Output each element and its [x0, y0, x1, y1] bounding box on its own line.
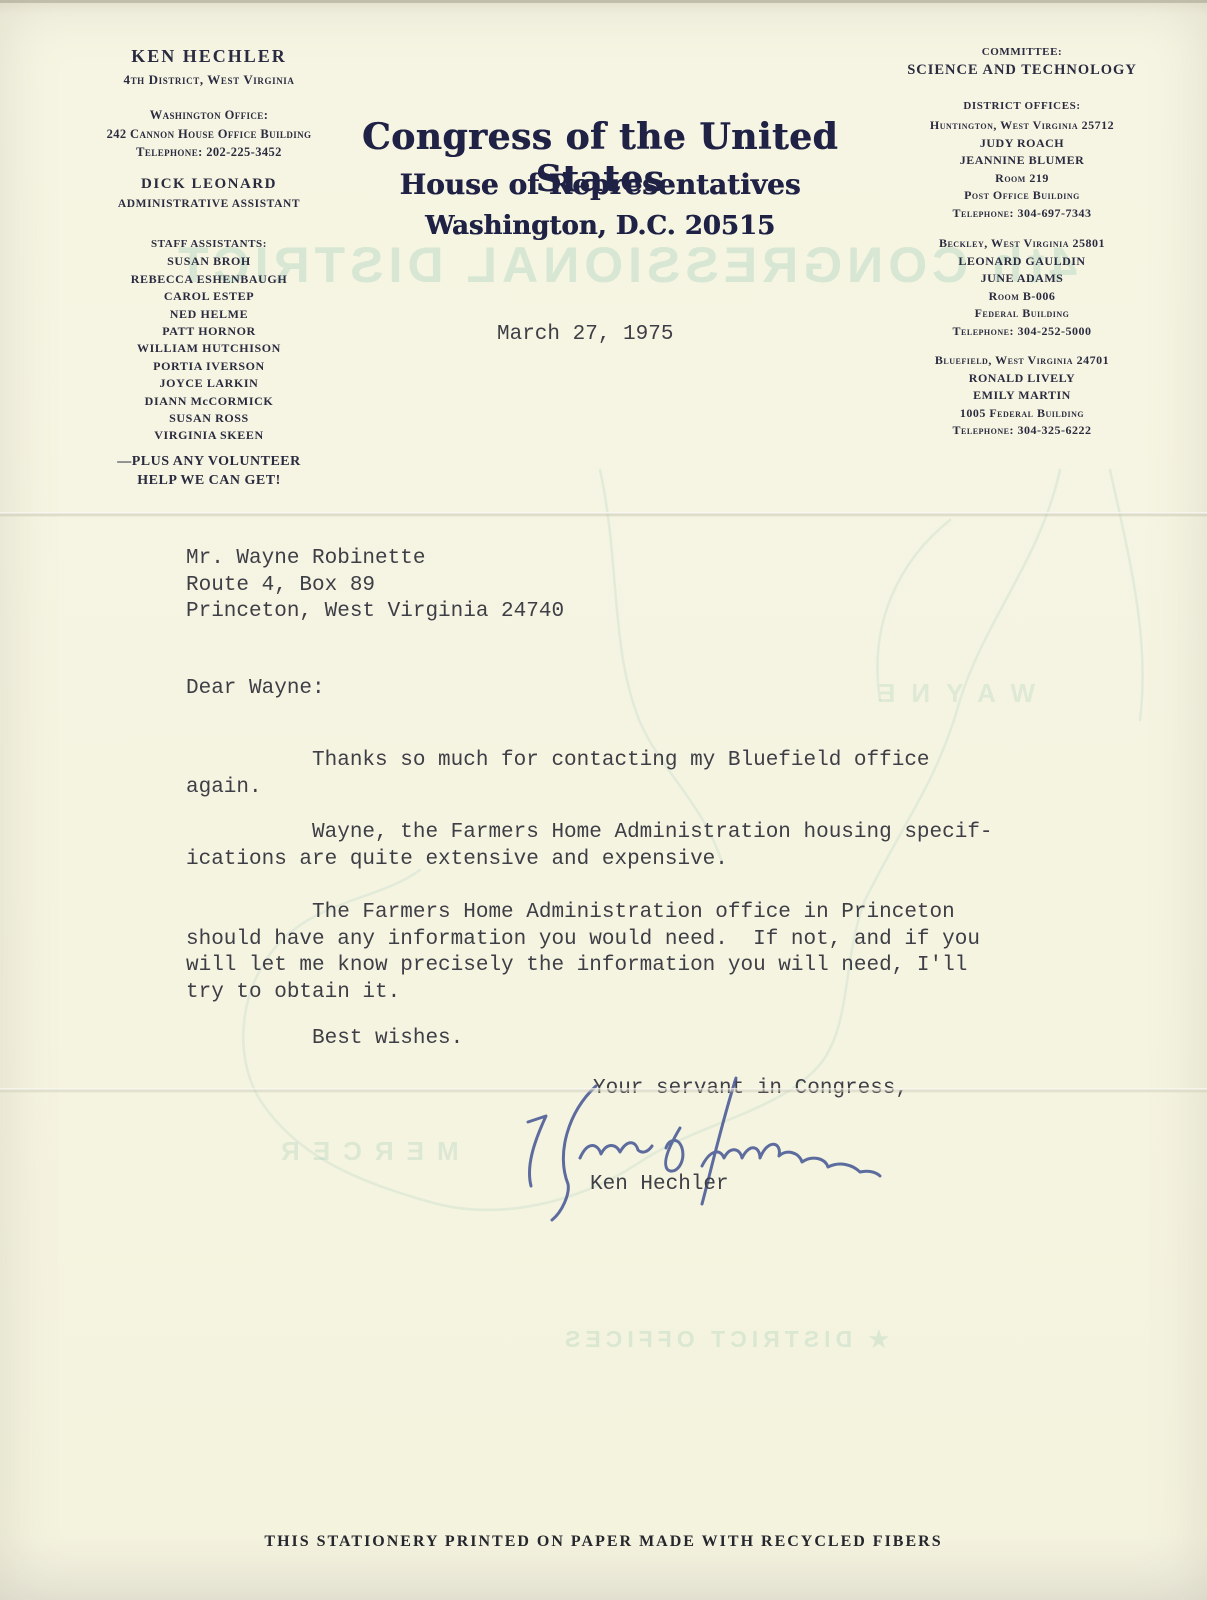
- member-district: 4th District, West Virginia: [58, 72, 360, 88]
- office-line: Telephone: 304-252-5000: [872, 323, 1172, 341]
- office-line: Post Office Building: [872, 187, 1172, 205]
- body-paragraph: Best wishes.: [186, 1026, 463, 1053]
- staff-assistant-name: REBECCA ESHENBAUGH: [58, 271, 360, 288]
- watermark-district-offices: ★ DISTRICT OFFICES: [560, 1326, 889, 1353]
- watermark-county-mercer: MERCER: [268, 1136, 459, 1167]
- office-line: JUDY ROACH: [872, 135, 1172, 153]
- masthead-house: House of Representatives: [300, 168, 900, 201]
- watermark-county-wayne: WAYNE: [862, 678, 1035, 709]
- office-line: Telephone: 304-325-6222: [872, 422, 1172, 440]
- body-paragraph: Wayne, the Farmers Home Administration h…: [186, 820, 993, 873]
- office-line: Bluefield, West Virginia 24701: [872, 352, 1172, 370]
- staff-assistants-block: STAFF ASSISTANTS: SUSAN BROHREBECCA ESHE…: [58, 236, 360, 445]
- committee-name: SCIENCE AND TECHNOLOGY: [872, 62, 1172, 79]
- office-line: Beckley, West Virginia 25801: [872, 235, 1172, 253]
- office-line: Room B-006: [872, 288, 1172, 306]
- staff-assistants-list: SUSAN BROHREBECCA ESHENBAUGHCAROL ESTEPN…: [58, 253, 360, 444]
- body-paragraph: Thanks so much for contacting my Bluefie…: [186, 748, 930, 801]
- staff-assistant-name: PATT HORNOR: [58, 323, 360, 340]
- scan-edge: [0, 0, 1207, 3]
- district-offices-label: DISTRICT OFFICES:: [872, 100, 1172, 112]
- paper-fold-crease: [0, 512, 1207, 517]
- member-name: KEN HECHLER: [58, 46, 360, 67]
- typed-signature-name: Ken Hechler: [590, 1172, 729, 1199]
- body-paragraph: The Farmers Home Administration office i…: [186, 900, 980, 1006]
- salutation: Dear Wayne:: [186, 676, 325, 703]
- staff-assistant-name: SUSAN ROSS: [58, 410, 360, 427]
- office-line: EMILY MARTIN: [872, 387, 1172, 405]
- staff-assistant-name: PORTIA IVERSON: [58, 358, 360, 375]
- committee-label: COMMITTEE:: [872, 46, 1172, 58]
- volunteer-note: —PLUS ANY VOLUNTEER HELP WE CAN GET!: [58, 452, 360, 490]
- district-office-huntington: Huntington, West Virginia 25712JUDY ROAC…: [872, 117, 1172, 222]
- staff-assistant-name: SUSAN BROH: [58, 253, 360, 270]
- staff-assistant-name: JOYCE LARKIN: [58, 375, 360, 392]
- district-office-bluefield: Bluefield, West Virginia 24701RONALD LIV…: [872, 352, 1172, 440]
- masthead-washington: Washington, D.C. 20515: [300, 211, 900, 241]
- staff-assistant-name: DIANN McCORMICK: [58, 393, 360, 410]
- office-line: LEONARD GAULDIN: [872, 253, 1172, 271]
- staff-assistant-name: VIRGINIA SKEEN: [58, 427, 360, 444]
- handwritten-signature: [468, 1070, 888, 1240]
- staff-assistant-name: WILLIAM HUTCHISON: [58, 340, 360, 357]
- district-office-beckley: Beckley, West Virginia 25801LEONARD GAUL…: [872, 235, 1172, 340]
- letter-date: March 27, 1975: [497, 322, 673, 349]
- scanned-letter-page: 4th CONGRESSIONAL DISTRICT WAYNE MERCER …: [0, 0, 1207, 1600]
- office-line: JUNE ADAMS: [872, 270, 1172, 288]
- office-line: Room 219: [872, 170, 1172, 188]
- office-line: RONALD LIVELY: [872, 370, 1172, 388]
- recipient-address: Mr. Wayne Robinette Route 4, Box 89 Prin…: [186, 546, 564, 626]
- recycled-paper-notice: THIS STATIONERY PRINTED ON PAPER MADE WI…: [0, 1533, 1207, 1551]
- staff-assistant-name: CAROL ESTEP: [58, 288, 360, 305]
- office-line: 1005 Federal Building: [872, 405, 1172, 423]
- staff-assistant-name: NED HELME: [58, 306, 360, 323]
- office-line: Telephone: 304-697-7343: [872, 205, 1172, 223]
- office-line: JEANNINE BLUMER: [872, 152, 1172, 170]
- office-line: Federal Building: [872, 305, 1172, 323]
- office-line: Huntington, West Virginia 25712: [872, 117, 1172, 135]
